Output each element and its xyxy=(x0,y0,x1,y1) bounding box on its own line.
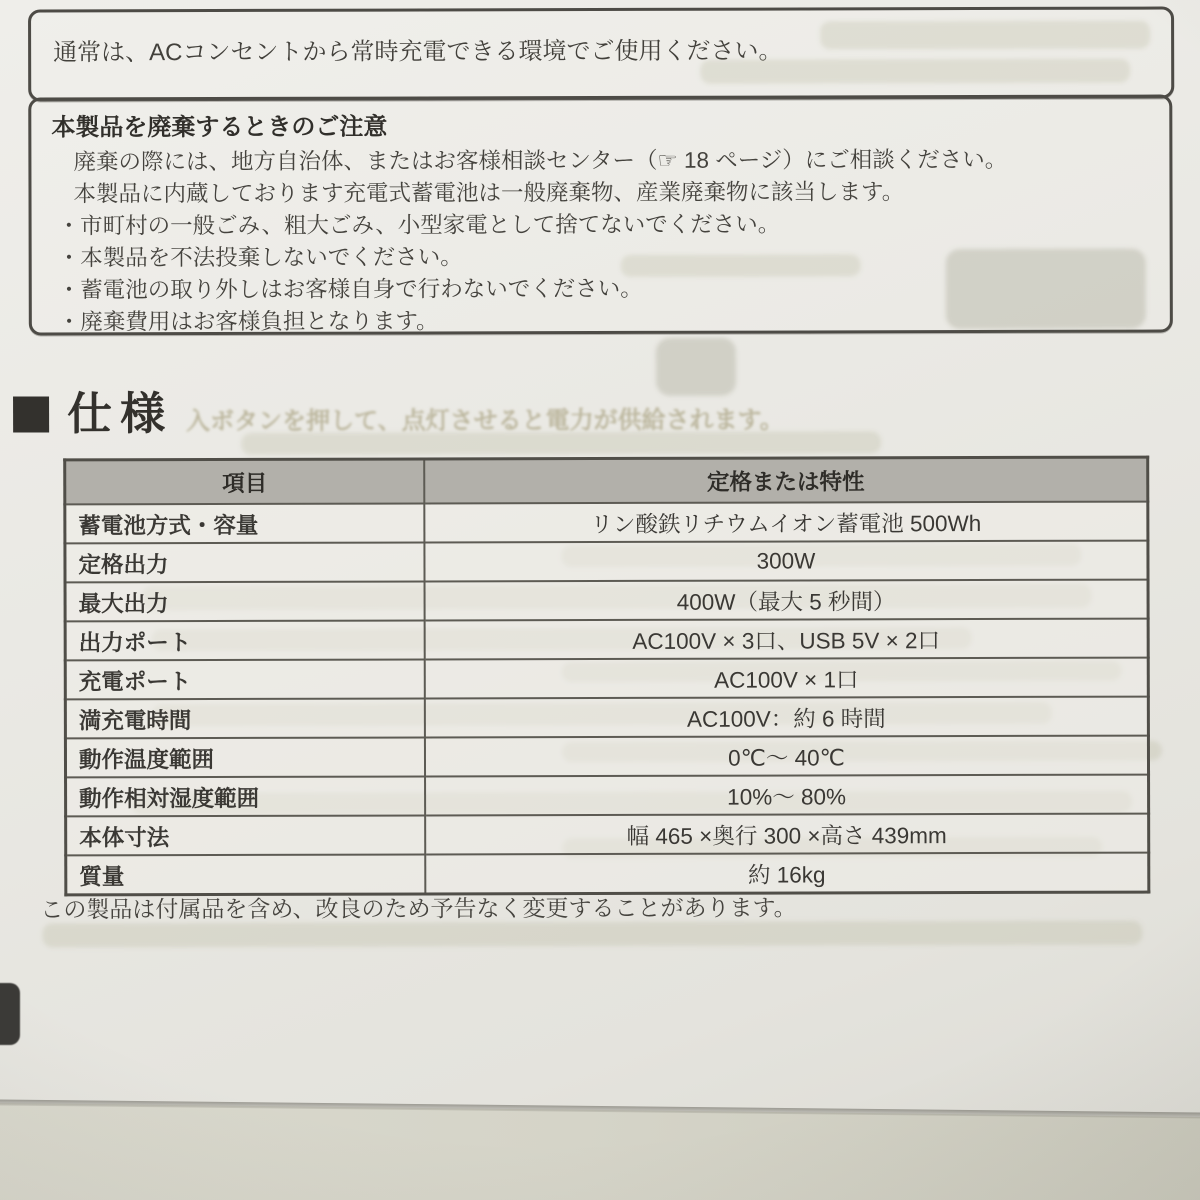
table-row: 充電ポートAC100V × 1口 xyxy=(65,658,1148,700)
table-row: 動作相対湿度範囲10%～ 80% xyxy=(66,775,1149,817)
bleedthrough-text: 入ボタンを押して、点灯させると電力が供給されます。 xyxy=(186,400,784,437)
table-row: 最大出力400W（最大 5 秒間） xyxy=(65,580,1148,622)
table-row: 動作温度範囲0℃～ 40℃ xyxy=(65,736,1148,778)
spec-value-cell: AC100V × 1口 xyxy=(425,658,1149,699)
table-row: 本体寸法幅 465 ×奥行 300 ×高さ 439mm xyxy=(66,814,1149,856)
spec-item-cell: 充電ポート xyxy=(65,659,425,699)
spec-item-cell: 質量 xyxy=(66,854,426,894)
bleedthrough-smudge xyxy=(656,338,736,396)
table-header-row: 項目 定格または特性 xyxy=(65,457,1148,504)
spec-heading-text: 仕様 xyxy=(67,391,173,437)
spec-value-cell: 約 16kg xyxy=(425,853,1149,894)
spec-value-cell: リン酸鉄リチウムイオン蓄電池 500Wh xyxy=(424,502,1148,543)
spec-footnote: この製品は付属品を含め、改良のため予告なく変更することがあります。 xyxy=(40,889,1170,925)
spec-item-cell: 本体寸法 xyxy=(66,815,426,855)
disposal-paragraph: 廃棄の際には、地方自治体、またはお客様相談センター（☞ 18 ページ）にご相談く… xyxy=(51,144,1149,179)
spec-item-cell: 満充電時間 xyxy=(65,698,425,738)
spec-item-cell: 動作温度範囲 xyxy=(65,737,425,777)
spec-value-cell: AC100V × 3口、USB 5V × 2口 xyxy=(425,619,1149,660)
table-row: 出力ポートAC100V × 3口、USB 5V × 2口 xyxy=(65,619,1148,661)
spec-value-cell: 400W（最大 5 秒間） xyxy=(425,580,1149,621)
spec-value-cell: 300W xyxy=(424,541,1148,582)
page-content: 入ボタンを押して、点灯させると電力が供給されます。 通常は、ACコンセントから常… xyxy=(0,0,1200,2)
bleedthrough-smudge xyxy=(621,254,861,277)
photo-of-manual-page: { "notice_box": { "text": "通常は、ACコンセントから… xyxy=(0,0,1200,1200)
desk-surface xyxy=(0,1103,1200,1200)
page-side-tab xyxy=(0,983,20,1045)
table-row: 蓄電池方式・容量リン酸鉄リチウムイオン蓄電池 500Wh xyxy=(65,502,1148,544)
disposal-bullet: ・市町村の一般ごみ、粗大ごみ、小型家電として捨てないでください。 xyxy=(52,208,1150,243)
disposal-paragraphs: 廃棄の際には、地方自治体、またはお客様相談センター（☞ 18 ページ）にご相談く… xyxy=(51,144,1149,211)
spec-value-cell: 10%～ 80% xyxy=(425,775,1149,816)
disposal-box-title: 本製品を廃棄するときのご注意 xyxy=(51,110,1149,145)
disposal-paragraph: 本製品に内蔵しております充電式蓄電池は一般廃棄物、産業廃棄物に該当します。 xyxy=(51,176,1149,211)
bleedthrough-smudge xyxy=(820,21,1150,50)
spec-table: 項目 定格または特性 蓄電池方式・容量リン酸鉄リチウムイオン蓄電池 500Wh定… xyxy=(63,456,1150,897)
spec-value-cell: 幅 465 ×奥行 300 ×高さ 439mm xyxy=(425,814,1149,855)
section-marker-icon xyxy=(13,396,49,432)
table-row: 定格出力300W xyxy=(65,541,1148,583)
charging-notice-text: 通常は、ACコンセントから常時充電できる環境でご使用ください。 xyxy=(53,38,782,67)
spec-section-heading: 仕様 xyxy=(13,391,173,437)
column-header-rating: 定格または特性 xyxy=(424,457,1148,503)
spec-item-cell: 最大出力 xyxy=(65,581,425,621)
bleedthrough-smudge xyxy=(42,921,1142,948)
spec-value-cell: AC100V：約 6 時間 xyxy=(425,697,1149,738)
column-header-item: 項目 xyxy=(65,459,425,504)
manual-page: 入ボタンを押して、点灯させると電力が供給されます。 通常は、ACコンセントから常… xyxy=(0,0,1200,1200)
bleedthrough-smudge xyxy=(700,59,1130,84)
bleedthrough-smudge xyxy=(946,249,1146,330)
spec-item-cell: 定格出力 xyxy=(65,542,425,582)
spec-table-container: 項目 定格または特性 蓄電池方式・容量リン酸鉄リチウムイオン蓄電池 500Wh定… xyxy=(63,456,1150,897)
spec-value-cell: 0℃～ 40℃ xyxy=(425,736,1149,777)
table-row: 満充電時間AC100V：約 6 時間 xyxy=(65,697,1148,739)
spec-item-cell: 出力ポート xyxy=(65,620,425,660)
spec-item-cell: 蓄電池方式・容量 xyxy=(65,503,425,543)
spec-item-cell: 動作相対湿度範囲 xyxy=(66,776,426,816)
